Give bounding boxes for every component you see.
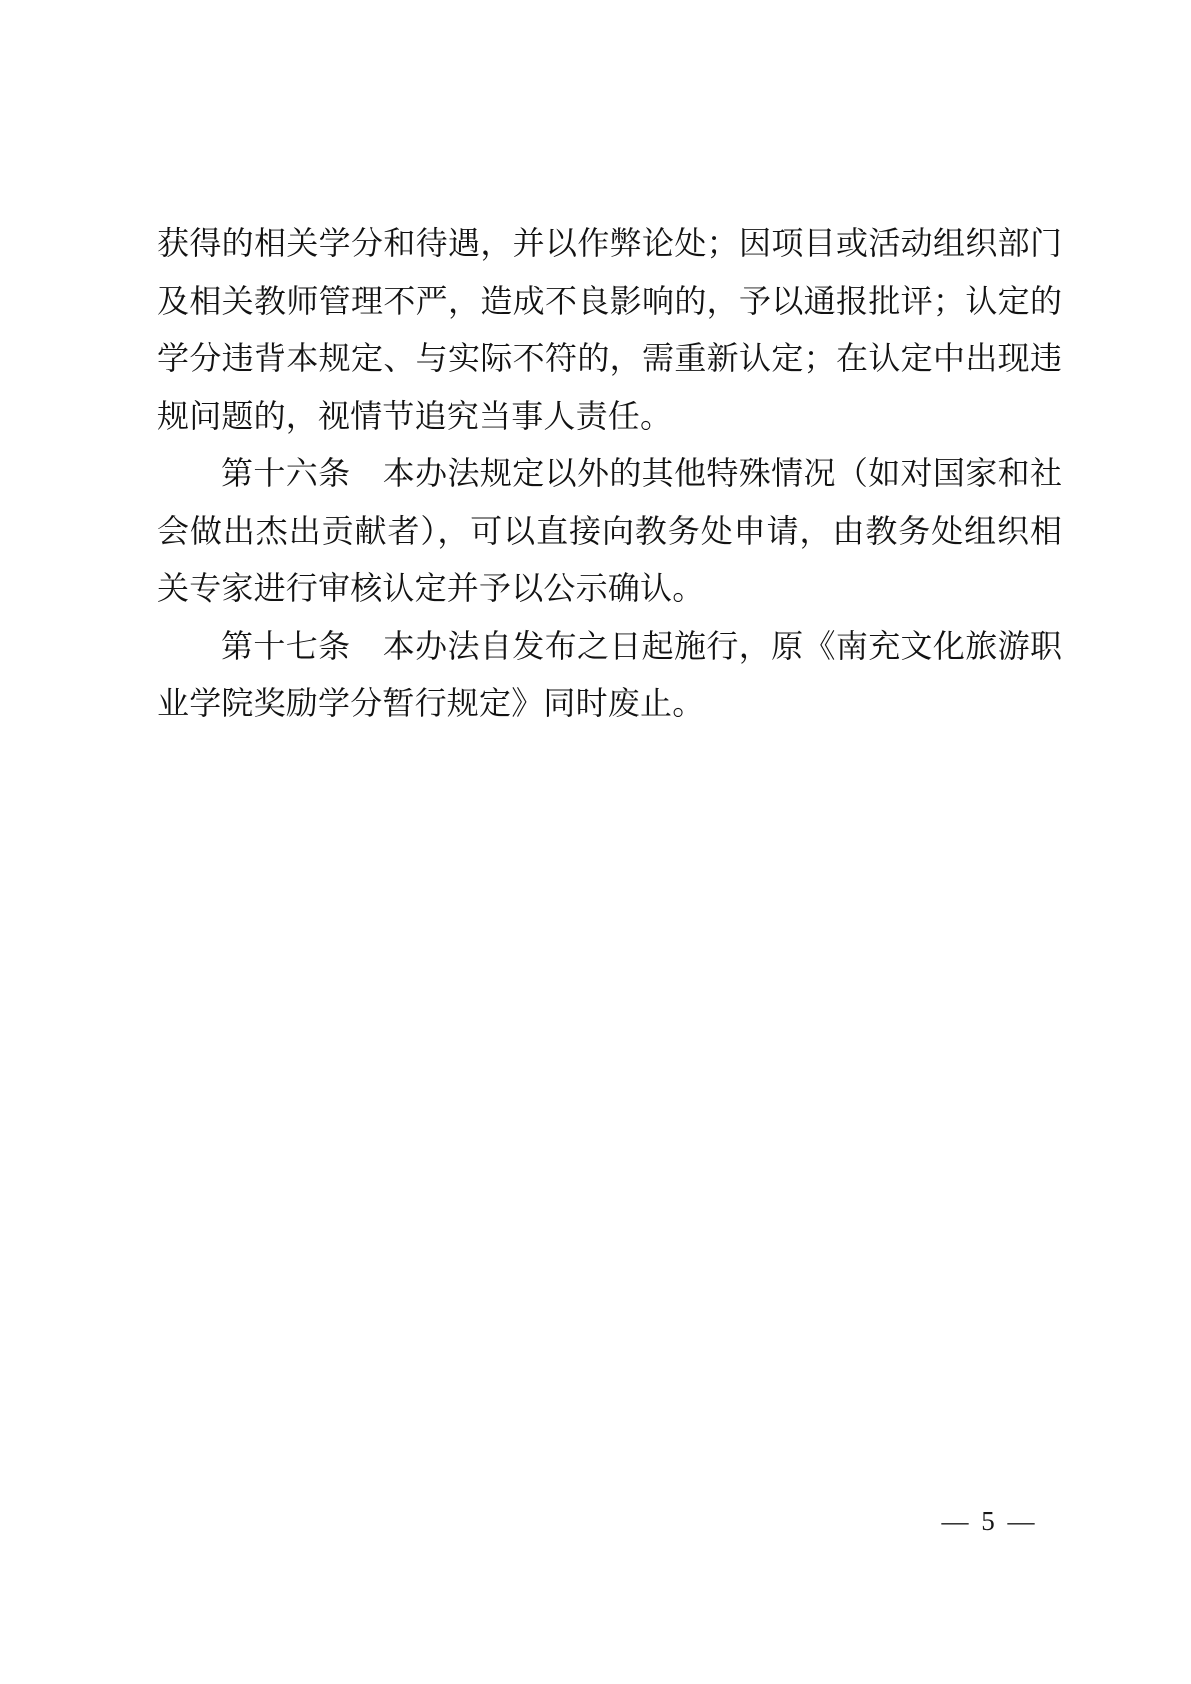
text-line-article-17: 第十七条 本办法自发布之日起施行，原《南充文化旅游职 <box>157 618 1062 676</box>
document-text-block: 获得的相关学分和待遇，并以作弊论处；因项目或活动组织部门 及相关教师管理不严，造… <box>157 215 1062 733</box>
text-line: 获得的相关学分和待遇，并以作弊论处；因项目或活动组织部门 <box>157 215 1062 273</box>
text-line: 关专家进行审核认定并予以公示确认。 <box>157 560 1062 618</box>
text-line: 会做出杰出贡献者），可以直接向教务处申请，由教务处组织相 <box>157 503 1062 561</box>
text-line: 学分违背本规定、与实际不符的，需重新认定；在认定中出现违 <box>157 330 1062 388</box>
text-line: 业学院奖励学分暂行规定》同时废止。 <box>157 675 1062 733</box>
page-number: — 5 — <box>928 1503 1048 1539</box>
text-line-article-16: 第十六条 本办法规定以外的其他特殊情况（如对国家和社 <box>157 445 1062 503</box>
text-line: 规问题的，视情节追究当事人责任。 <box>157 388 1062 446</box>
document-page: 获得的相关学分和待遇，并以作弊论处；因项目或活动组织部门 及相关教师管理不严，造… <box>0 0 1191 1684</box>
text-line: 及相关教师管理不严，造成不良影响的，予以通报批评；认定的 <box>157 273 1062 331</box>
